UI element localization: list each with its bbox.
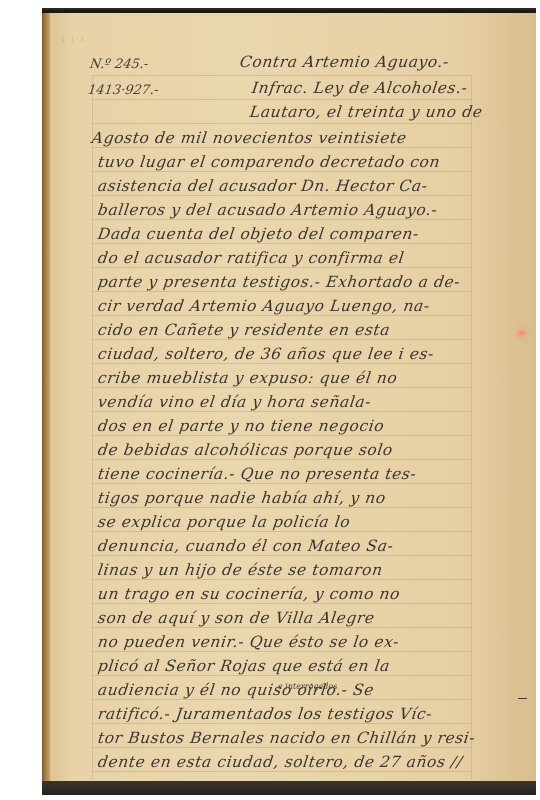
body-line: plicó al Señor Rojas que está en la — [97, 657, 392, 675]
body-line: balleros y del acusado Artemio Aguayo.- — [97, 201, 439, 219]
rule-line — [93, 363, 471, 364]
rule-line — [93, 75, 471, 76]
body-line: ciudad, soltero, de 36 años que lee i es… — [97, 345, 436, 363]
rule-line — [93, 219, 471, 220]
rule-line — [93, 699, 471, 700]
rule-line — [93, 243, 471, 244]
rule-line — [93, 147, 471, 148]
rule-line — [93, 171, 471, 172]
body-line: cido en Cañete y residente en esta — [97, 321, 392, 339]
rule-line — [93, 291, 471, 292]
rule-line — [93, 747, 471, 748]
heading-defendant: Contra Artemio Aguayo.- — [239, 53, 451, 71]
rule-line — [93, 411, 471, 412]
body-line: parte y presenta testigos.- Exhortado a … — [97, 273, 462, 291]
rule-line — [93, 507, 471, 508]
body-line: Dada cuenta del objeto del comparen- — [97, 225, 420, 243]
body-line: do el acusador ratifica y confirma el — [97, 249, 406, 267]
rule-line — [93, 435, 471, 436]
ledger-page: 4·1·3 — [42, 10, 536, 789]
case-number: N.º 245.- — [89, 57, 149, 72]
rule-line — [93, 651, 471, 652]
rule-line — [93, 723, 471, 724]
body-line: dente en esta ciudad, soltero, de 27 año… — [97, 753, 464, 771]
interlinear-note: e interrogados — [278, 682, 337, 691]
body-line: un trago en su cocinería, y como no — [97, 585, 402, 603]
body-line: son de aquí y son de Villa Alegre — [97, 609, 376, 627]
body-line: tor Bustos Bernales nacido en Chillán y … — [97, 729, 477, 747]
rule-line — [93, 531, 471, 532]
body-line: ratificó.- Juramentados los testigos Víc… — [97, 705, 434, 723]
rule-line — [93, 387, 471, 388]
body-line: Lautaro, el treinta y uno de — [249, 103, 484, 121]
rule-line — [93, 459, 471, 460]
body-line: linas y un hijo de éste se tomaron — [97, 561, 384, 579]
rule-line — [93, 195, 471, 196]
rule-line — [93, 99, 471, 100]
book-binding-edge — [42, 13, 50, 789]
rule-line — [93, 339, 471, 340]
faint-corner-mark: 4·1·3 — [60, 35, 85, 44]
rule-line — [93, 483, 471, 484]
body-line: dos en el parte y no tiene negocio — [97, 417, 386, 435]
body-line: cribe mueblista y expuso: que él no — [97, 369, 399, 387]
body-line: no pueden venir.- Que ésto se lo ex- — [97, 633, 401, 651]
rule-line — [93, 123, 471, 124]
rule-line — [93, 627, 471, 628]
rule-line — [93, 771, 471, 772]
body-line: de bebidas alcohólicas porque solo — [97, 441, 394, 459]
rule-line — [93, 315, 471, 316]
rule-line — [93, 555, 471, 556]
scan-bottom-shadow — [42, 781, 536, 795]
case-reference: 1413·927.- — [87, 83, 160, 98]
body-line: cir verdad Artemio Aguayo Luengo, na- — [97, 297, 431, 315]
heading-infraction: Infrac. Ley de Alcoholes.- — [251, 79, 469, 97]
rule-line — [93, 603, 471, 604]
margin-dash-mark — [518, 698, 527, 699]
body-line: tiene cocinería.- Que no presenta tes- — [97, 465, 418, 483]
rule-line — [93, 579, 471, 580]
body-line: Agosto de mil novecientos veintisiete — [91, 129, 408, 147]
body-line: se explica porque la policía lo — [97, 513, 352, 531]
body-line: vendía vino el día y hora señala- — [97, 393, 373, 411]
document-scan: 4·1·3 — [42, 8, 536, 795]
rule-line — [93, 267, 471, 268]
rule-line — [93, 675, 471, 676]
body-line: tigos porque nadie había ahí, y no — [97, 489, 387, 507]
body-line: denuncia, cuando él con Mateo Sa- — [97, 537, 395, 555]
body-line: tuvo lugar el comparendo decretado con — [97, 153, 442, 171]
red-light-reflection — [519, 331, 524, 335]
body-line: asistencia del acusador Dn. Hector Ca- — [97, 177, 429, 195]
